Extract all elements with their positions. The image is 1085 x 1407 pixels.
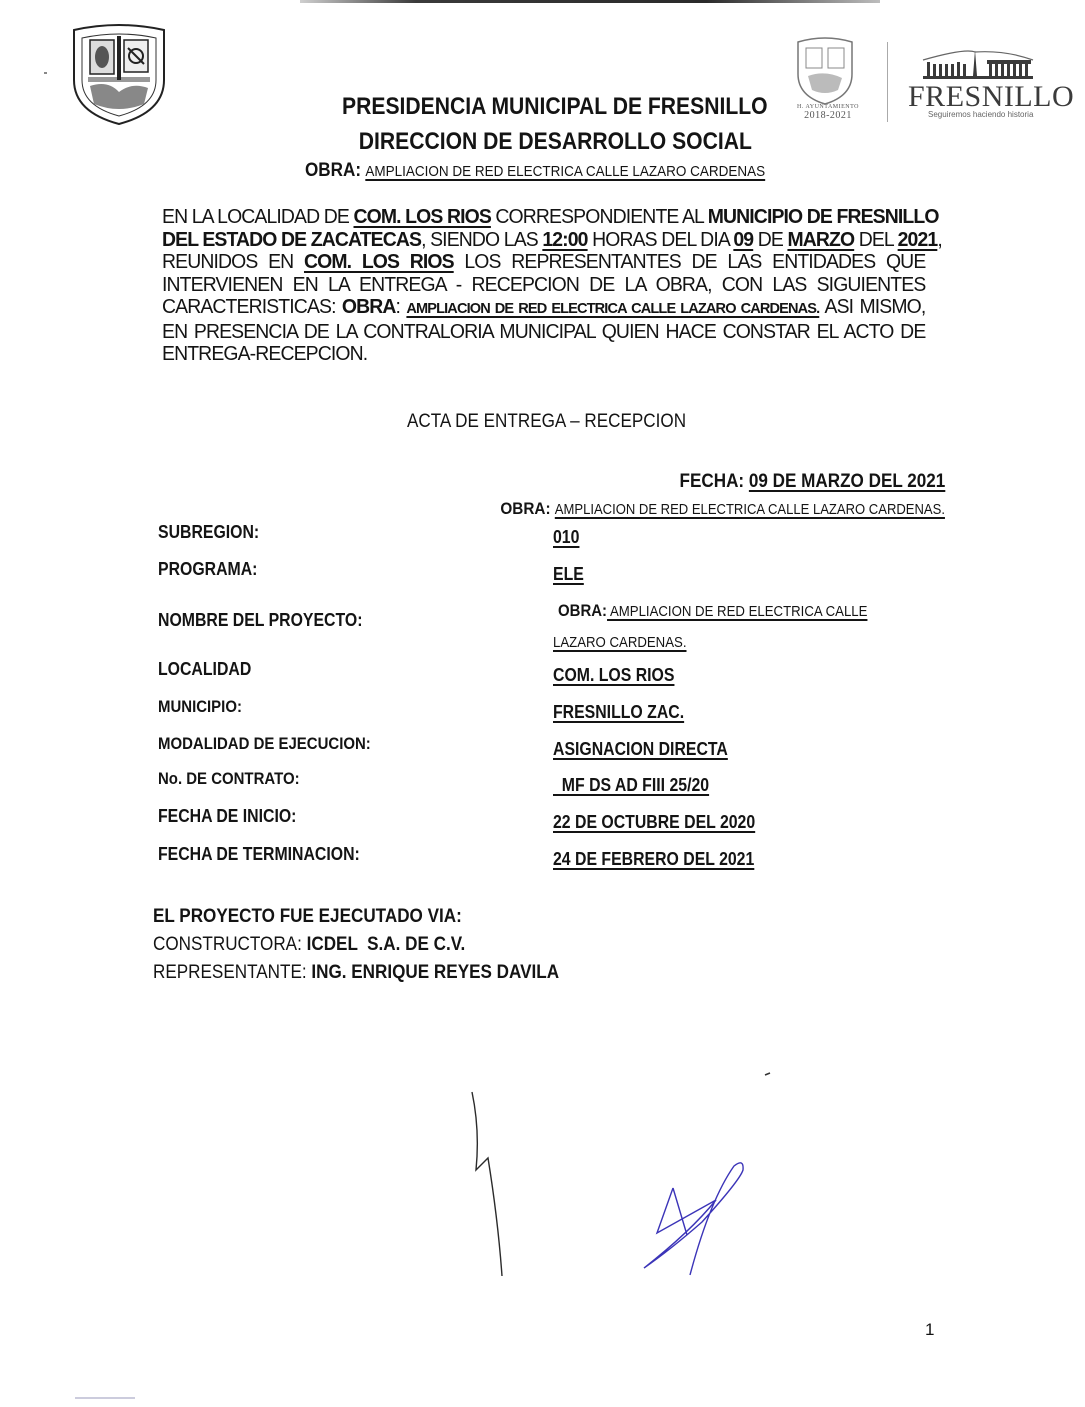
field-value-fecha-terminacion: 24 DE FEBRERO DEL 2021 [553,849,782,870]
field-value-fecha-inicio: 22 DE OCTUBRE DEL 2020 [553,812,783,833]
header-title-line1: PRESIDENCIA MUNICIPAL DE FRESNILLO [0,93,1085,121]
signature-blue [644,1163,743,1275]
header-title-line2: DIRECCION DE DESARROLLO SOCIAL [0,128,1085,156]
scan-speck [75,1397,135,1399]
scan-speck [44,72,47,74]
header-obra-value: AMPLIACION DE RED ELECTRICA CALLE LAZARO… [365,163,765,180]
page-number: 1 [925,1320,934,1340]
intro-paragraph: EN LA LOCALIDAD DE COM. LOS RIOS CORRESP… [162,206,925,366]
field-label-localidad: LOCALIDAD [158,659,264,680]
header-obra: OBRA: AMPLIACION DE RED ELECTRICA CALLE … [305,160,816,182]
field-value-programa: ELE [553,564,588,585]
fecha-line: FECHA: 09 DE MARZO DEL 2021 [650,471,945,493]
execution-constructora: CONSTRUCTORA: ICDEL S.A. DE C.V. [153,934,500,956]
field-value-nombre-proyecto-line2: LAZARO CARDENAS. [553,634,705,651]
acta-title: ACTA DE ENTREGA – RECEPCION [407,411,717,433]
header-obra-label: OBRA: [305,160,361,181]
scan-edge-line [300,0,880,3]
obra-line: OBRA: AMPLIACION DE RED ELECTRICA CALLE … [451,499,945,519]
field-label-modalidad: MODALIDAD DE EJECUCION: [158,734,400,754]
field-label-programa: PROGRAMA: [158,559,271,580]
field-label-subregion: SUBREGION: [158,522,273,543]
field-label-fecha-inicio: FECHA DE INICIO: [158,806,315,827]
handwritten-signatures [440,1070,800,1290]
signature-black [472,1092,502,1276]
field-value-modalidad: ASIGNACION DIRECTA [553,739,752,760]
execution-heading: EL PROYECTO FUE EJECUTADO VIA: [153,906,496,928]
field-value-municipio: FRESNILLO ZAC. [553,702,702,723]
field-value-subregion: 010 [553,527,583,548]
field-value-contrato: MF DS AD FIII 25/20 [553,775,730,796]
field-value-localidad: COM. LOS RIOS [553,665,691,686]
field-label-nombre-proyecto: NOMBRE DEL PROYECTO: [158,610,390,631]
field-label-municipio: MUNICIPIO: [158,697,253,717]
execution-representante: REPRESENTANTE: ING. ENRIQUE REYES DAVILA [153,962,604,984]
field-label-contrato: No. DE CONTRATO: [158,769,319,789]
field-label-fecha-terminacion: FECHA DE TERMINACION: [158,844,387,865]
field-value-nombre-proyecto: OBRA: AMPLIACION DE RED ELECTRICA CALLE [558,600,910,621]
